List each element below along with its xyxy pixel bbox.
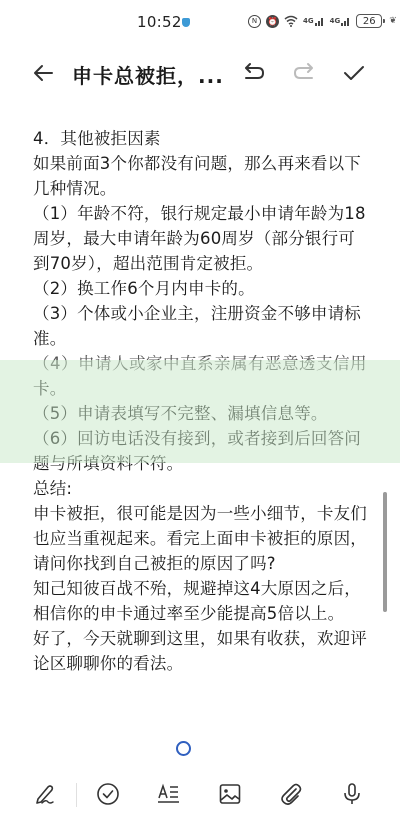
note-editor[interactable]: 4．其他被拒因素 如果前面3个你都没有问题，那么再来看以下 几种情况。 （1）年… [33, 126, 368, 676]
note-line: （2）换工作6个月内申卡的。 [33, 276, 368, 301]
redo-button[interactable] [291, 60, 317, 86]
note-line: 知己知彼百战不殆，规避掉这4大原因之后， [33, 576, 368, 601]
attachment-button[interactable] [276, 779, 306, 809]
back-button[interactable] [30, 59, 58, 87]
network-label: 4G [303, 17, 314, 25]
network-label: 4G [330, 17, 341, 25]
redo-icon [291, 60, 317, 86]
note-line: 准。 [33, 326, 368, 351]
checklist-button[interactable] [93, 779, 123, 809]
microphone-icon [340, 782, 364, 806]
note-line: （5）申请表填写不完整、漏填信息等。 [33, 401, 368, 426]
wifi-icon [284, 15, 298, 27]
editor-toolbar [0, 775, 400, 815]
shield-icon [182, 18, 190, 27]
status-icons: N ⏰ 4G 4G 26 ❦ [248, 13, 397, 29]
text-format-button[interactable] [154, 779, 184, 809]
signal-4g-icon: 4G [330, 16, 352, 26]
battery-level: 26 [363, 16, 376, 27]
note-line: 4．其他被拒因素 [33, 126, 368, 151]
nfc-icon: N [248, 15, 261, 28]
text-format-icon [157, 782, 181, 806]
app-bar: 申卡总被拒，... [0, 50, 400, 96]
power-saver-icon: ❦ [389, 16, 397, 26]
handwriting-button[interactable] [30, 779, 60, 809]
signal-4g-icon: 4G [303, 16, 325, 26]
check-icon [340, 60, 368, 86]
insert-image-button[interactable] [215, 779, 245, 809]
note-line: 题与所填资料不符。 [33, 451, 368, 476]
note-line: 论区聊聊你的看法。 [33, 651, 368, 676]
status-bar: 10:52 N ⏰ 4G 4G 26 ❦ [0, 0, 400, 44]
note-line: （6）回访电话没有接到，或者接到后回答问 [33, 426, 368, 451]
toolbar-divider [76, 783, 77, 807]
scrollbar[interactable] [383, 492, 387, 612]
alarm-icon: ⏰ [266, 15, 279, 28]
undo-button[interactable] [241, 60, 267, 86]
note-line: （1）年龄不符，银行规定最小申请年龄为18 [33, 201, 368, 226]
note-line: 如果前面3个你都没有问题，那么再来看以下 [33, 151, 368, 176]
undo-icon [241, 60, 267, 86]
arrow-left-icon [30, 59, 58, 87]
note-line: （3）个体或小企业主，注册资金不够申请标 [33, 301, 368, 326]
text-cursor-handle[interactable] [176, 741, 191, 756]
note-line: 周岁，最大申请年龄为60周岁（部分银行可 [33, 226, 368, 251]
note-line: 请问你找到自己被拒的原因了吗? [33, 551, 368, 576]
voice-input-button[interactable] [337, 779, 367, 809]
checklist-icon [96, 782, 120, 806]
attachment-icon [279, 782, 303, 806]
handwriting-icon [33, 782, 57, 806]
note-line: （4）申请人或家中直系亲属有恶意透支信用 [33, 351, 368, 376]
note-line: 也应当重视起来。看完上面申卡被拒的原因， [33, 526, 368, 551]
note-line: 到70岁），超出范围肯定被拒。 [33, 251, 368, 276]
battery-icon: 26 [356, 14, 382, 28]
note-line: 总结: [33, 476, 368, 501]
confirm-button[interactable] [340, 60, 368, 86]
status-time: 10:52 [137, 13, 182, 31]
page-title: 申卡总被拒，... [72, 60, 224, 89]
image-icon [218, 782, 242, 806]
note-line: 卡。 [33, 376, 368, 401]
note-line: 相信你的申卡通过率至少能提高5倍以上。 [33, 601, 368, 626]
note-line: 几种情况。 [33, 176, 368, 201]
note-line: 好了，今天就聊到这里，如果有收获，欢迎评 [33, 626, 368, 651]
note-line: 申卡被拒，很可能是因为一些小细节，卡友们 [33, 501, 368, 526]
